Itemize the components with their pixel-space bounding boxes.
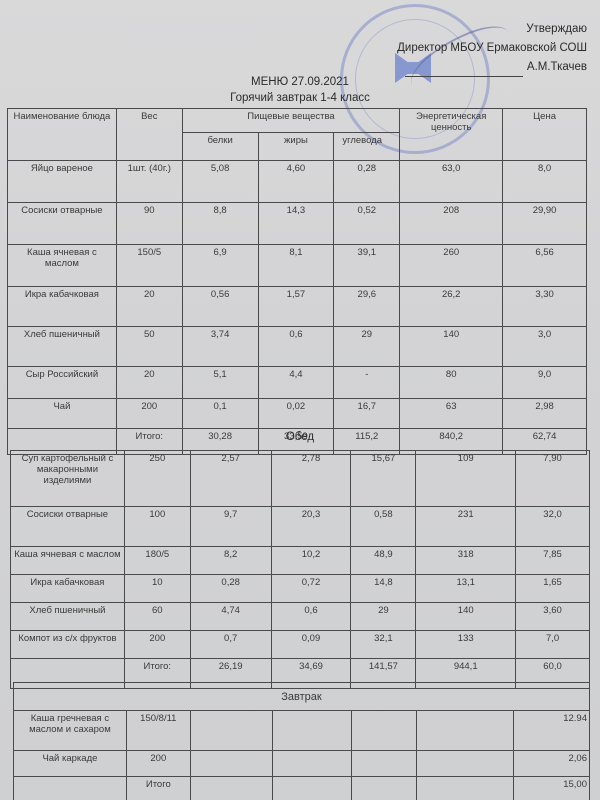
cell-name: Хлеб пшеничный [8, 327, 117, 367]
approval-label: Утверждаю [397, 20, 587, 39]
cell-name: Икра кабачковая [11, 575, 125, 603]
cell-fats: 20,3 [271, 507, 351, 547]
table-row: Суп картофельный с макаронными изделиями… [11, 451, 590, 507]
cell-fats: 2,78 [271, 451, 351, 507]
cell-carbs [352, 751, 417, 777]
cell-name: Чай [8, 399, 117, 429]
cell-carbs: 32,1 [351, 631, 416, 659]
cell-price: 7,90 [516, 451, 590, 507]
cell-fats: 4,60 [258, 161, 334, 203]
table-row: Икра кабачковая200,561,5729,626,23,30 [8, 287, 587, 327]
cell-name: Каша гречневая с маслом и сахаром [14, 711, 127, 751]
cell-price: 12.94 [514, 711, 590, 751]
cell-fats: 1,57 [258, 287, 334, 327]
cell-energy: 109 [416, 451, 516, 507]
total-energy [417, 777, 514, 800]
header-price: Цена [503, 109, 587, 161]
cell-proteins: 6,9 [182, 245, 258, 287]
cell-energy: 63 [400, 399, 503, 429]
cell-price: 3,60 [516, 603, 590, 631]
cell-proteins: 0,7 [190, 631, 271, 659]
header-proteins: белки [182, 133, 258, 161]
cell-proteins: 5,08 [182, 161, 258, 203]
cell-price: 9,0 [503, 367, 587, 399]
cell-fats [272, 711, 352, 751]
header-nutrients: Пищевые вещества [182, 109, 400, 133]
cell-weight: 200 [124, 631, 190, 659]
cell-price: 7,85 [516, 547, 590, 575]
cell-energy: 231 [416, 507, 516, 547]
cell-name: Сосиски отварные [11, 507, 125, 547]
cell-name: Компот из с/х фруктов [11, 631, 125, 659]
cell-price: 3,30 [503, 287, 587, 327]
cell-price: 2,98 [503, 399, 587, 429]
cell-fats: 0,02 [258, 399, 334, 429]
table-row: Яйцо вареное1шт. (40г.)5,084,600,2863,08… [8, 161, 587, 203]
total-label: Итого [126, 777, 190, 800]
cell-weight: 20 [116, 367, 182, 399]
table-row: Чай2000,10,0216,7632,98 [8, 399, 587, 429]
header-weight: Вес [116, 109, 182, 161]
breakfast2-title: Завтрак [14, 683, 590, 711]
cell-name: Каша ячневая с маслом [11, 547, 125, 575]
cell-name: Сосиски отварные [8, 203, 117, 245]
cell-price: 1,65 [516, 575, 590, 603]
cell-proteins: 0,56 [182, 287, 258, 327]
cell-energy: 80 [400, 367, 503, 399]
cell-name: Сыр Российский [8, 367, 117, 399]
cell-weight: 250 [124, 451, 190, 507]
cell-weight: 20 [116, 287, 182, 327]
table-row: Сыр Российский205,14,4-809,0 [8, 367, 587, 399]
cell-fats: 0,09 [271, 631, 351, 659]
cell-carbs: 29,6 [334, 287, 400, 327]
cell-proteins: 4,74 [190, 603, 271, 631]
cell-proteins: 8,2 [190, 547, 271, 575]
cell-weight: 180/5 [124, 547, 190, 575]
cell-carbs: 48,9 [351, 547, 416, 575]
cell-fats: 14,3 [258, 203, 334, 245]
cell-carbs: 0,28 [334, 161, 400, 203]
cell-price: 3,0 [503, 327, 587, 367]
cell-price: 8,0 [503, 161, 587, 203]
cell-energy [417, 751, 514, 777]
cell-energy: 63,0 [400, 161, 503, 203]
cell-fats [272, 751, 352, 777]
total-row: Итого15,00 [14, 777, 590, 800]
cell-weight: 50 [116, 327, 182, 367]
header-energy: Энергетическая ценность [400, 109, 503, 161]
cell-weight: 100 [124, 507, 190, 547]
header-fats: жиры [258, 133, 334, 161]
cell-name: Суп картофельный с макаронными изделиями [11, 451, 125, 507]
cell-proteins: 5,1 [182, 367, 258, 399]
cell-weight: 60 [124, 603, 190, 631]
cell-energy: 260 [400, 245, 503, 287]
cell-price: 32,0 [516, 507, 590, 547]
cell-name: Каша ячневая с маслом [8, 245, 117, 287]
table-row: Каша ячневая с маслом150/56,98,139,12606… [8, 245, 587, 287]
cell-name: Яйцо вареное [8, 161, 117, 203]
cell-carbs: 0,58 [351, 507, 416, 547]
table-row: Хлеб пшеничный503,740,6291403,0 [8, 327, 587, 367]
cell-price: 6,56 [503, 245, 587, 287]
cell-weight: 200 [126, 751, 190, 777]
header-name: Наименование блюда [8, 109, 117, 161]
table-row: Сосиски отварные908,814,30,5220829,90 [8, 203, 587, 245]
table-row: Сосиски отварные1009,720,30,5823132,0 [11, 507, 590, 547]
cell-proteins: 0,28 [190, 575, 271, 603]
cell-fats: 8,1 [258, 245, 334, 287]
cell-proteins: 8,8 [182, 203, 258, 245]
cell-carbs: 39,1 [334, 245, 400, 287]
table-row: Икра кабачковая100,280,7214,813,11,65 [11, 575, 590, 603]
cell-price: 2,06 [514, 751, 590, 777]
approval-block: Утверждаю Директор МБОУ Ермаковской СОШ … [397, 20, 587, 77]
cell-fats: 4,4 [258, 367, 334, 399]
header-carbs: углевода [334, 133, 400, 161]
cell-empty [14, 777, 127, 800]
breakfast2-table: Завтрак Каша гречневая с маслом и сахаро… [13, 682, 590, 800]
cell-energy: 140 [416, 603, 516, 631]
lunch-title: Обед [0, 431, 600, 443]
cell-fats: 0,6 [271, 603, 351, 631]
cell-energy: 140 [400, 327, 503, 367]
table-row: Каша гречневая с маслом и сахаром150/8/1… [14, 711, 590, 751]
cell-carbs: 0,52 [334, 203, 400, 245]
cell-price: 7,0 [516, 631, 590, 659]
cell-carbs: 14,8 [351, 575, 416, 603]
cell-fats: 0,6 [258, 327, 334, 367]
table-row: Каша ячневая с маслом180/58,210,248,9318… [11, 547, 590, 575]
menu-subtitle: Горячий завтрак 1-4 класс [0, 92, 600, 104]
cell-proteins: 3,74 [182, 327, 258, 367]
cell-energy: 318 [416, 547, 516, 575]
cell-proteins: 9,7 [190, 507, 271, 547]
cell-carbs: 29 [351, 603, 416, 631]
cell-weight: 90 [116, 203, 182, 245]
cell-proteins: 0,1 [182, 399, 258, 429]
cell-name: Хлеб пшеничный [11, 603, 125, 631]
cell-price: 29,90 [503, 203, 587, 245]
cell-carbs [352, 711, 417, 751]
table-row: Чай каркаде2002,06 [14, 751, 590, 777]
cell-energy: 208 [400, 203, 503, 245]
cell-proteins [190, 711, 272, 751]
cell-energy [417, 711, 514, 751]
approval-position: Директор МБОУ Ермаковской СОШ [397, 39, 587, 58]
total-carbs [352, 777, 417, 800]
cell-energy: 13,1 [416, 575, 516, 603]
cell-energy: 26,2 [400, 287, 503, 327]
cell-carbs: 15,67 [351, 451, 416, 507]
approval-signer: А.М.Ткачев [527, 61, 587, 73]
cell-weight: 150/5 [116, 245, 182, 287]
total-fats [272, 777, 352, 800]
cell-carbs: 16,7 [334, 399, 400, 429]
cell-fats: 0,72 [271, 575, 351, 603]
lunch-table: Суп картофельный с макаронными изделиями… [10, 450, 590, 689]
total-price: 15,00 [514, 777, 590, 800]
cell-weight: 10 [124, 575, 190, 603]
cell-carbs: - [334, 367, 400, 399]
cell-name: Икра кабачковая [8, 287, 117, 327]
cell-fats: 10,2 [271, 547, 351, 575]
cell-carbs: 29 [334, 327, 400, 367]
cell-proteins [190, 751, 272, 777]
cell-weight: 1шт. (40г.) [116, 161, 182, 203]
total-proteins [190, 777, 272, 800]
table-row: Хлеб пшеничный604,740,6291403,60 [11, 603, 590, 631]
cell-energy: 133 [416, 631, 516, 659]
cell-proteins: 2,57 [190, 451, 271, 507]
cell-name: Чай каркаде [14, 751, 127, 777]
cell-weight: 200 [116, 399, 182, 429]
menu-title: МЕНЮ 27.09.2021 [0, 76, 600, 88]
table-row: Компот из с/х фруктов2000,70,0932,11337,… [11, 631, 590, 659]
cell-weight: 150/8/11 [126, 711, 190, 751]
breakfast-table: Наименование блюда Вес Пищевые вещества … [7, 108, 587, 455]
